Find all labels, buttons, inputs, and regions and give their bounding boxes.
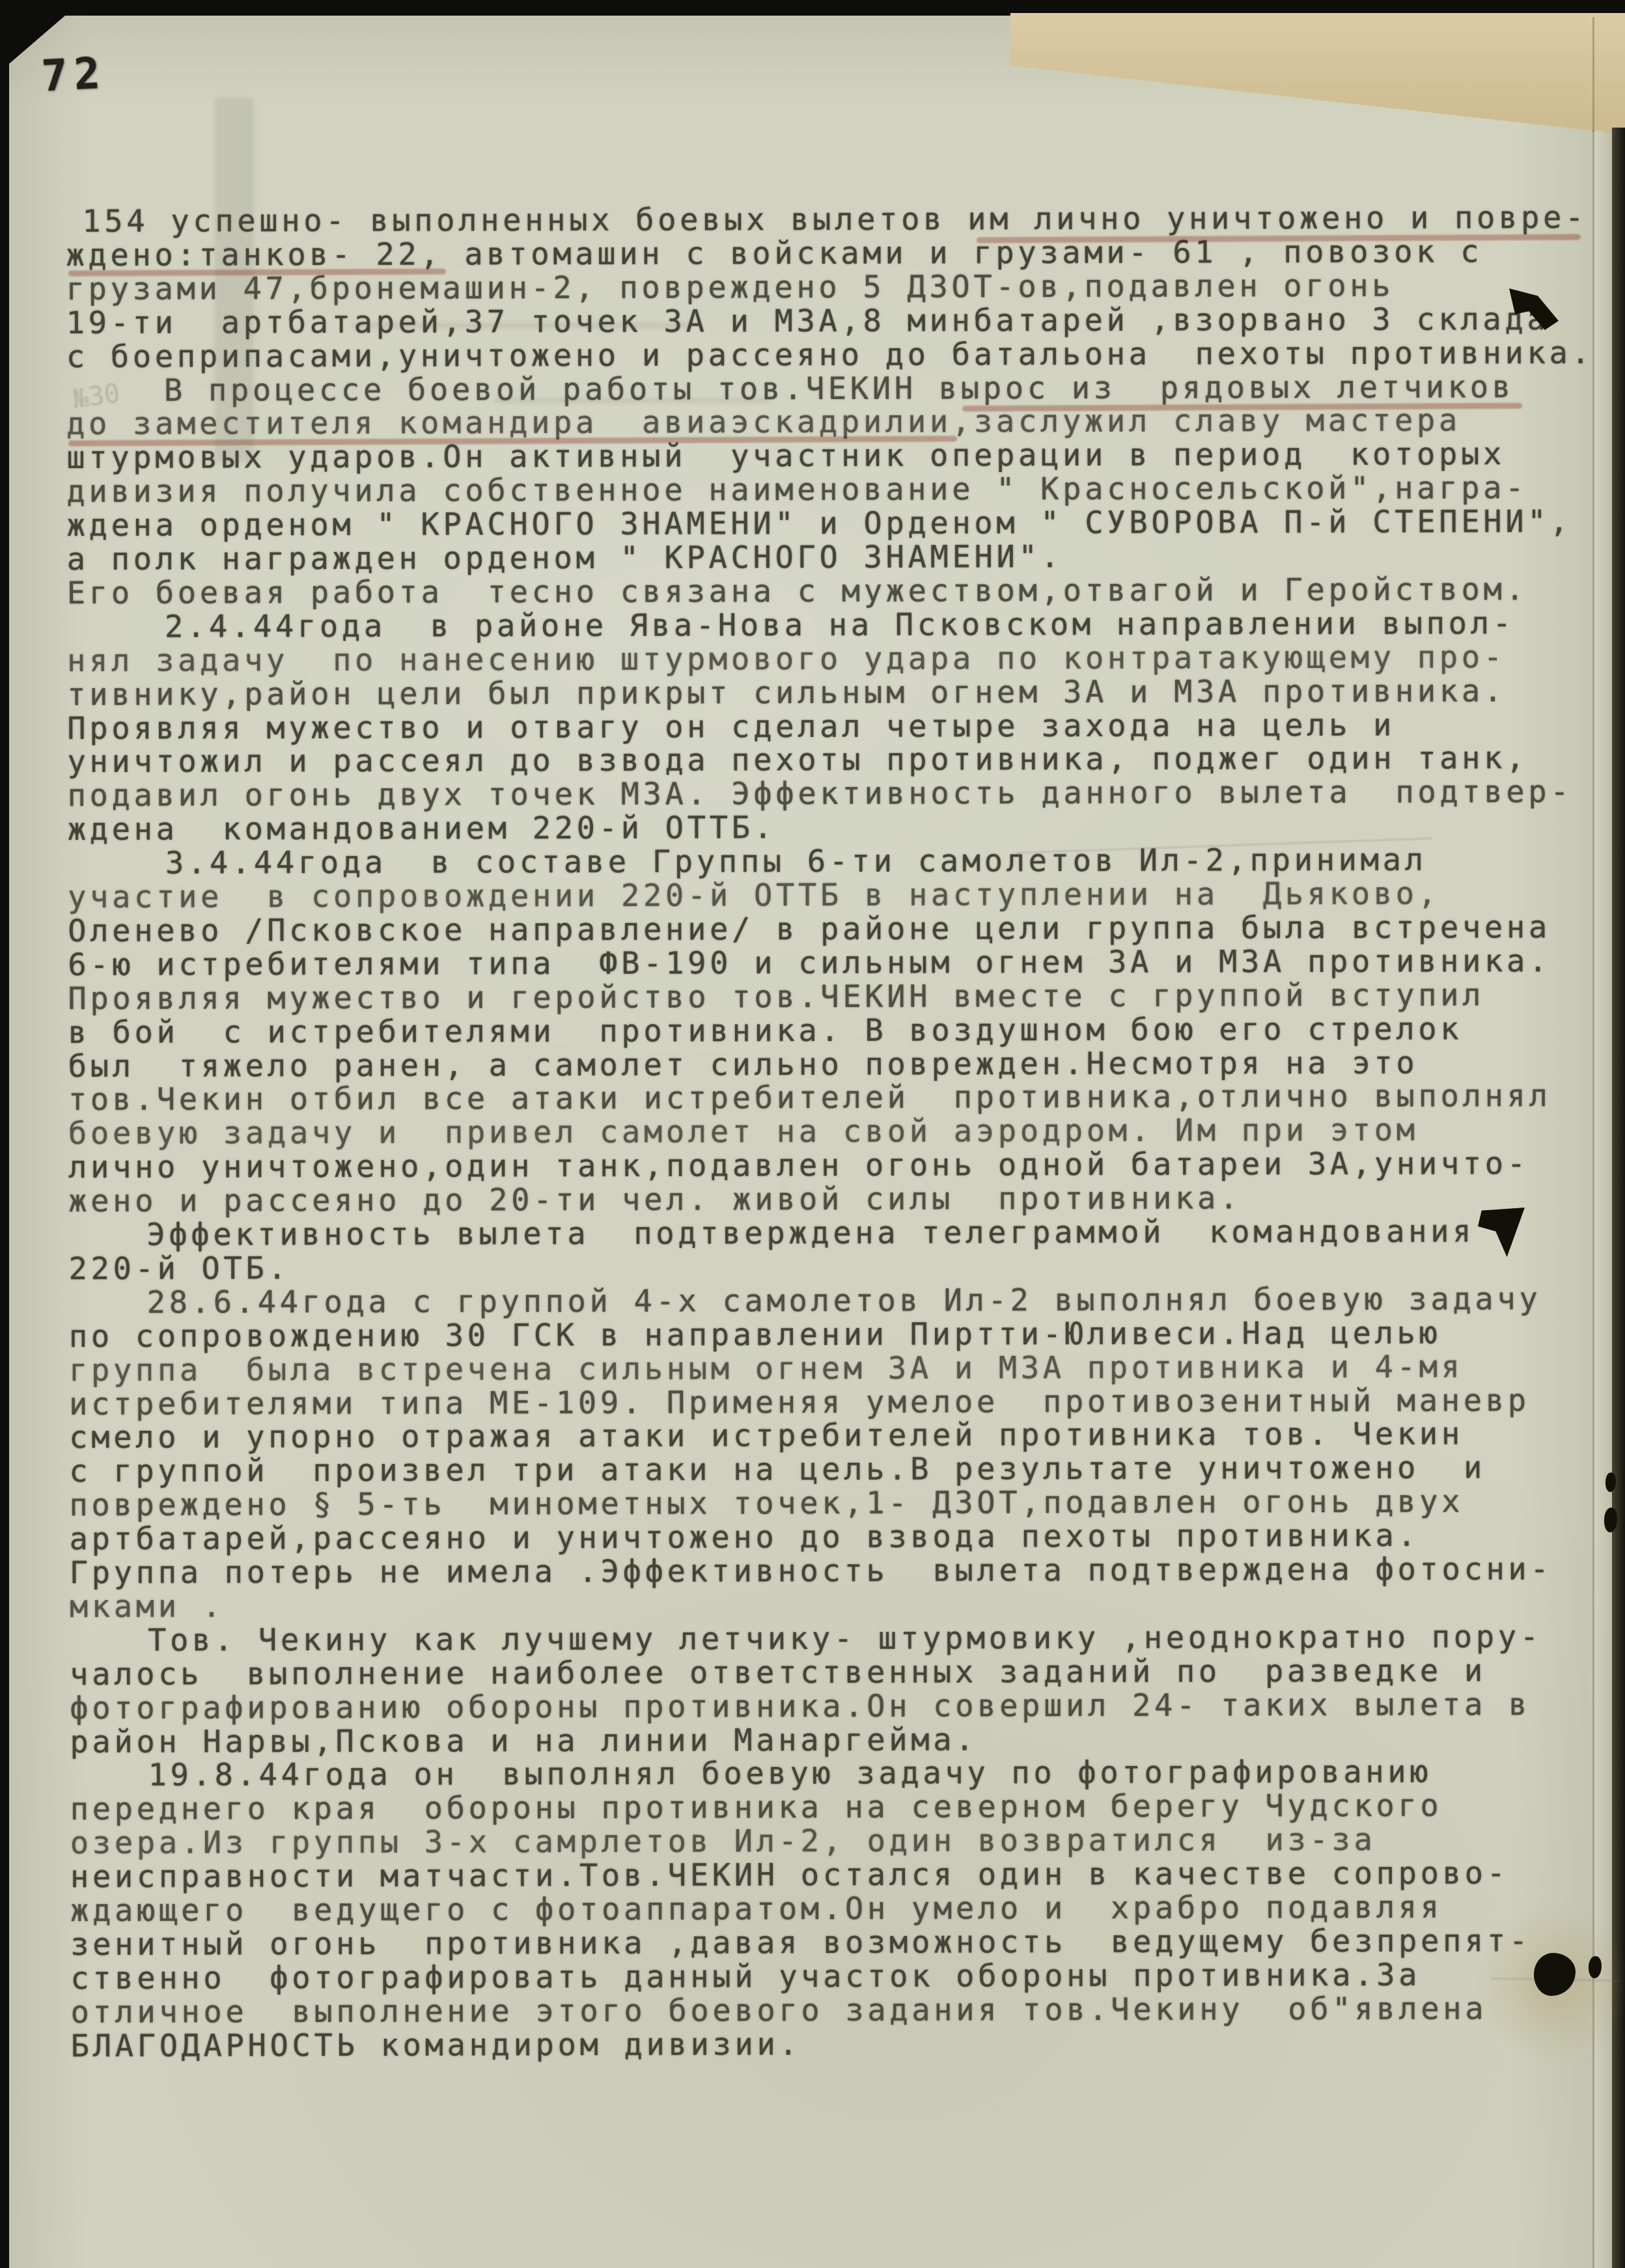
- text-line: смело и упорно отражая атаки истребителе…: [69, 1417, 1464, 1455]
- text-line: район Нарвы,Пскова и на линии Манаргейма…: [70, 1723, 977, 1760]
- scanned-document-page: 72 №30 154 успешно- выполненных боевых в…: [0, 0, 1625, 2268]
- text-line: жено и рассеяно до 20-ти чел. живой силы…: [68, 1182, 1242, 1219]
- text-line: подавил огонь двух точек МЗА. Эффективно…: [68, 775, 1573, 813]
- text-line: ждена орденом " КРАСНОГО ЗНАМЕНИ" и Орде…: [66, 505, 1572, 543]
- text-line: Оленево /Псковское направление/ в районе…: [68, 911, 1551, 948]
- text-line: мками .: [70, 1590, 225, 1624]
- text-line: 28.6.44года с группой 4-х самолетов Ил-2…: [147, 1282, 1542, 1320]
- text-line: Тов. Чекину как лучшему летчику- штурмов…: [148, 1620, 1542, 1658]
- text-line: неисправности матчасти.Тов.ЧЕКИН остался…: [70, 1857, 1509, 1894]
- text-line: ждающего ведущего с фотоаппаратом.Он уме…: [70, 1890, 1443, 1928]
- text-line: чалось выполнение наиболее ответственных…: [70, 1654, 1486, 1692]
- text-line: 220-й ОТБ.: [68, 1252, 290, 1286]
- text-line: с боеприпасами,уничтожено и рассеяно до …: [66, 337, 1594, 374]
- text-line: лично уничтожено,один танк,подавлен огон…: [68, 1147, 1529, 1185]
- text-line: 2.4.44года в районе Ява-Нова на Псковско…: [165, 607, 1515, 644]
- text-line: 19.8.44года он выполнял боевую задачу по…: [148, 1756, 1432, 1793]
- pencil-smudge: [352, 323, 690, 328]
- text-line: ждена командованием 220-й ОТТБ.: [68, 811, 776, 847]
- text-line: 6-ю истребителями типа ФВ-190 и сильным …: [68, 945, 1551, 982]
- text-line: Проявляя мужество и отвагу он сделал чет…: [67, 709, 1395, 746]
- text-line: 19-ти артбатарей,37 точек ЗА и МЗА,8 мин…: [66, 303, 1549, 340]
- text-line: БЛАГОДАРНОСТЬ командиром дивизии.: [71, 2028, 801, 2064]
- text-line: участие в сопровождении 220-й ОТТБ в нас…: [68, 877, 1440, 915]
- text-line: с группой произвел три атаки на цель.В р…: [69, 1451, 1486, 1489]
- text-line: Группа потерь не имела .Эффективность вы…: [70, 1553, 1553, 1590]
- text-line: группа была встречена сильным огнем ЗА и…: [69, 1350, 1464, 1388]
- pencil-smudge: [215, 98, 254, 462]
- text-line: был тяжело ранен, а самолет сильно повре…: [68, 1047, 1419, 1084]
- text-line: боевую задачу и привел самолет на свой а…: [68, 1114, 1419, 1151]
- text-line: в бой с истребителями противника. В возд…: [68, 1012, 1463, 1050]
- text-line: 3.4.44года в составе Группы 6-ти самолет…: [165, 844, 1427, 881]
- text-line: фотографированию обороны противника.Он с…: [70, 1688, 1531, 1726]
- text-line: повреждено § 5-ть минометных точек,1- ДЗ…: [69, 1485, 1464, 1523]
- text-line: озера.Из группы 3-х самрлетов Ил-2, один…: [70, 1823, 1376, 1860]
- text-line: 154 успешно- выполненных боевых вылетов …: [82, 201, 1587, 239]
- text-line: по сопровождению 30 ГСК в направлении Пи…: [69, 1316, 1441, 1354]
- text-line: тов.Чекин отбил все атаки истребителей п…: [68, 1079, 1551, 1117]
- text-line: уничтожил и рассеял до взвода пехоты про…: [67, 741, 1528, 779]
- text-line: ственно фотографировать данный участок о…: [70, 1959, 1421, 1996]
- text-line: дивизия получила собственное наименовани…: [66, 471, 1527, 509]
- pencil-smudge: [495, 398, 768, 403]
- text-line: Проявляя мужество и геройство тов.ЧЕКИН …: [68, 978, 1484, 1016]
- text-line: В процессе боевой работы тов.ЧЕКИН вырос…: [164, 370, 1514, 408]
- text-line: нял задачу по нанесению штурмового удара…: [67, 641, 1506, 678]
- text-line: переднего края обороны противника на сев…: [70, 1789, 1443, 1827]
- text-line: Эффективность вылета подтверждена телегр…: [146, 1215, 1475, 1252]
- text-line: зенитный огонь противника ,давая возможн…: [70, 1924, 1531, 1962]
- text-line: а полк награжден орденом " КРАСНОГО ЗНАМ…: [67, 540, 1063, 577]
- text-line: отличное выполнение этого боевого задани…: [70, 1992, 1487, 2030]
- text-line: тивнику,район цели был прикрыт сильным о…: [67, 674, 1506, 712]
- text-line: Его боевая работа тесно связана с мужест…: [67, 573, 1528, 611]
- text-line: артбатарей,рассеяно и уничтожено до взво…: [70, 1519, 1420, 1556]
